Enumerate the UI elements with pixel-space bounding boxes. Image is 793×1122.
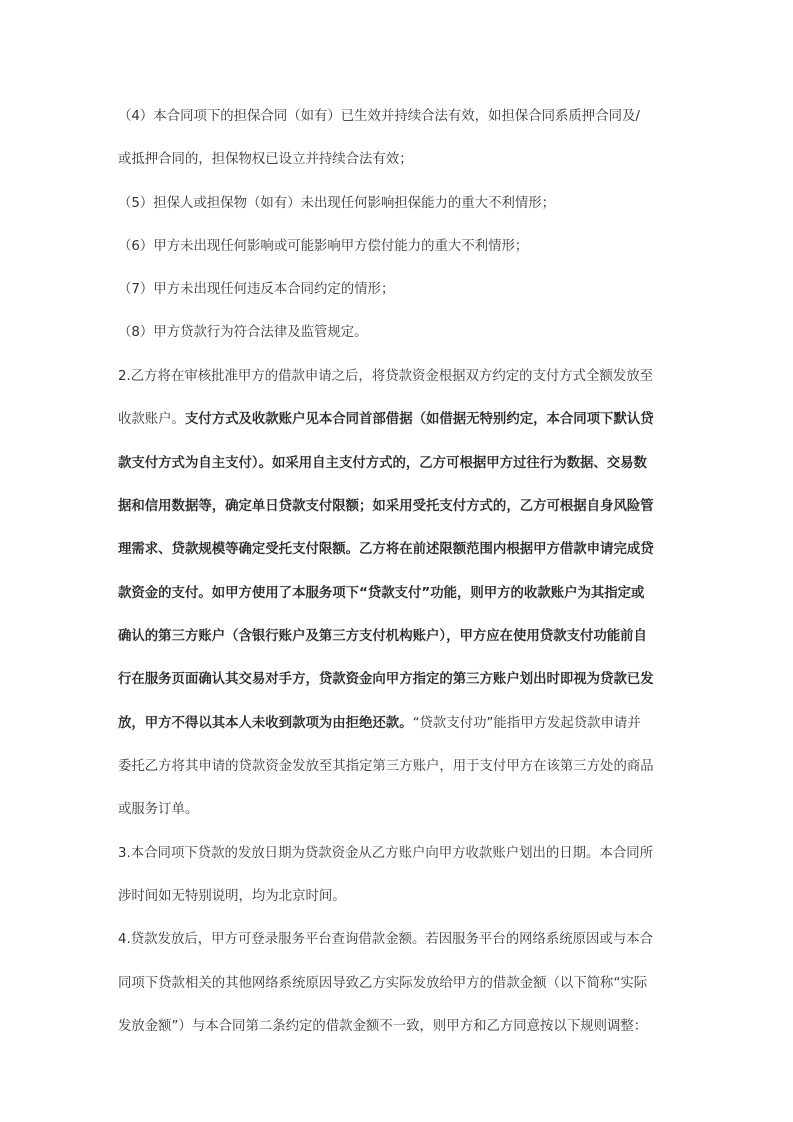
clause-4-line-3: 发放金额”）与本合同第二条约定的借款金额不一致，则甲方和乙方同意按以下规则调整：	[118, 1010, 647, 1044]
item-4-line-1: （4）本合同项下的担保合同（如有）已生效并持续合法有效，如担保合同系质押合同及/	[118, 100, 640, 134]
clause-2-line-8: 行在服务页面确认其交易对手方，贷款资金向甲方指定的第三方账户划出时即视为贷款已发	[118, 663, 654, 697]
clause-2-line-1: 2.乙方将在审核批准甲方的借款申请之后，将贷款资金根据双方约定的支付方式全额发放…	[118, 360, 653, 394]
clause-2-line-6: 款资金的支付。如甲方使用了本服务项下“贷款支付”功能，则甲方的收款账户为其指定或	[118, 577, 644, 611]
clause-2-line-11: 或服务订单。	[118, 793, 198, 827]
clause-2-line-7: 确认的第三方账户（含银行账户及第三方支付机构账户），甲方应在使用贷款支付功能前自	[118, 620, 647, 654]
item-6: （6）甲方未出现任何影响或可能影响甲方偿付能力的重大不利情形；	[118, 230, 528, 264]
clause-2-line-3: 款支付方式为自主支付）。如采用自主支付方式的，乙方可根据甲方过往行为数据、交易数	[118, 447, 647, 481]
clause-2-text: 收款账户。	[118, 412, 185, 427]
clause-2-line-9: 放，甲方不得以其本人未收到款项为由拒绝还款。“贷款支付功”能指甲方发起贷款申请并	[118, 707, 641, 741]
clause-4-line-2: 同项下贷款相关的其他网络系统原因导致乙方实际发放给甲方的借款金额（以下简称“实际	[118, 967, 647, 1001]
item-5: （5）担保人或担保物（如有）未出现任何影响担保能力的重大不利情形；	[118, 187, 555, 221]
item-4-line-2: 或抵押合同的，担保物权已设立并持续合法有效；	[118, 143, 413, 177]
clause-2-bold-text: 放，甲方不得以其本人未收到款项为由拒绝还款。	[118, 716, 413, 731]
clause-2-bold-text: 支付方式及收款账户见本合同首部借据（如借据无特别约定，本合同项下默认贷	[185, 412, 654, 427]
clause-3-line-2: 涉时间如无特别说明，均为北京时间。	[118, 880, 346, 914]
clause-2-line-5: 理需求、贷款规模等确定受托支付限额。乙方将在前述限额范围内根据甲方借款申请完成贷	[118, 533, 654, 567]
clause-2-text: “贷款支付功”能指甲方发起贷款申请并	[413, 716, 641, 731]
item-7: （7）甲方未出现任何违反本合同约定的情形；	[118, 273, 394, 307]
clause-2-line-4: 据和信用数据等，确定单日贷款支付限额；如采用受托支付方式的，乙方可根据自身风险管	[118, 490, 654, 524]
item-8: （8）甲方贷款行为符合法律及监管规定。	[118, 316, 368, 350]
clause-4-line-1: 4.贷款发放后，甲方可登录服务平台查询借款金额。若因服务平台的网络系统原因或与本…	[118, 923, 653, 957]
clause-2-line-10: 委托乙方将其申请的贷款资金发放至其指定第三方账户，用于支付甲方在该第三方处的商品	[118, 750, 654, 784]
clause-3-line-1: 3.本合同项下贷款的发放日期为贷款资金从乙方账户向甲方收款账户划出的日期。本合同…	[118, 837, 653, 871]
clause-2-line-2: 收款账户。支付方式及收款账户见本合同首部借据（如借据无特别约定，本合同项下默认贷	[118, 403, 654, 437]
